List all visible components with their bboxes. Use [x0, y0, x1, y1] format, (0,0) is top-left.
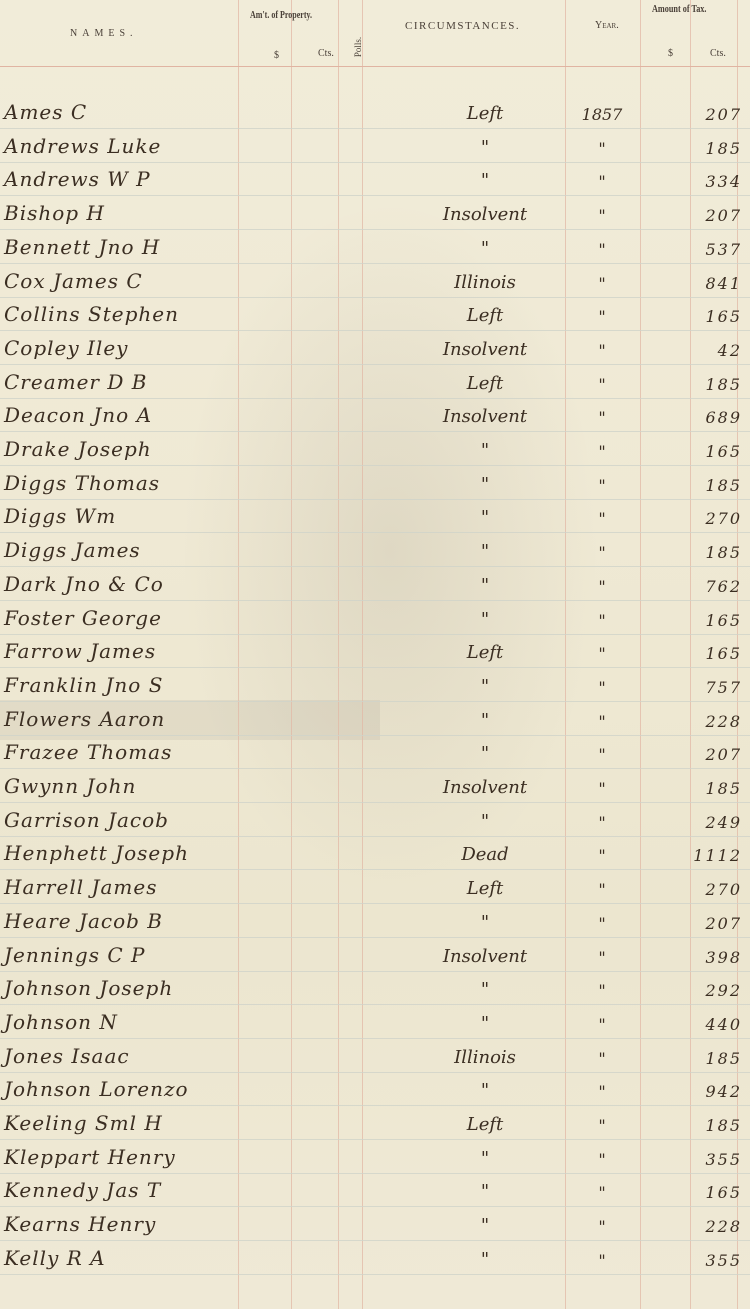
name-cell: Kennedy Jas T: [4, 1178, 161, 1202]
table-row: Kennedy Jas T""165: [0, 1175, 750, 1206]
year-cell: ": [572, 274, 632, 293]
header-names: NAMES.: [70, 28, 138, 39]
circumstances-cell: Insolvent: [410, 406, 560, 427]
tax-cell: 942: [680, 1082, 742, 1101]
table-row: Johnson N""440: [0, 1007, 750, 1038]
circumstances-cell: ": [410, 1249, 560, 1270]
table-row: Franklin Jno S""757: [0, 670, 750, 701]
circumstances-cell: Insolvent: [410, 777, 560, 798]
year-cell: ": [572, 1183, 632, 1202]
tax-cell: 334: [680, 172, 742, 191]
table-row: Flowers Aaron""228: [0, 704, 750, 735]
tax-cell: 1112: [680, 846, 742, 865]
year-cell: ": [572, 1082, 632, 1101]
circumstances-cell: ": [410, 507, 560, 528]
tax-cell: 185: [680, 1116, 742, 1135]
name-cell: Kleppart Henry: [4, 1145, 176, 1169]
circumstances-cell: Left: [410, 878, 560, 899]
row-rule: [0, 937, 750, 938]
circumstances-cell: ": [410, 1215, 560, 1236]
year-cell: ": [572, 206, 632, 225]
year-cell: ": [572, 1150, 632, 1169]
year-cell: ": [572, 240, 632, 259]
name-cell: Keeling Sml H: [4, 1111, 163, 1135]
row-rule: [0, 162, 750, 163]
row-rule: [0, 499, 750, 500]
year-cell: ": [572, 948, 632, 967]
table-row: Collins StephenLeft"165: [0, 299, 750, 330]
name-cell: Diggs Thomas: [4, 471, 160, 495]
tax-cell: 185: [680, 139, 742, 158]
year-cell: ": [572, 577, 632, 596]
tax-cell: 185: [680, 779, 742, 798]
header-tax-dollars: $: [668, 48, 673, 59]
tax-cell: 228: [680, 1217, 742, 1236]
table-row: Bennett Jno H""537: [0, 232, 750, 263]
header-amount-of-tax: Amount of Tax.: [652, 4, 706, 15]
tax-cell: 207: [680, 745, 742, 764]
tax-cell: 207: [680, 206, 742, 225]
name-cell: Johnson N: [4, 1010, 118, 1034]
circumstances-cell: Left: [410, 373, 560, 394]
circumstances-cell: ": [410, 137, 560, 158]
tax-cell: 440: [680, 1015, 742, 1034]
year-cell: ": [572, 981, 632, 1000]
table-row: Johnson Joseph""292: [0, 973, 750, 1004]
tax-cell: 207: [680, 914, 742, 933]
row-rule: [0, 566, 750, 567]
table-row: Johnson Lorenzo""942: [0, 1074, 750, 1105]
table-row: Jennings C PInsolvent"398: [0, 940, 750, 971]
circumstances-cell: Insolvent: [410, 339, 560, 360]
tax-cell: 185: [680, 476, 742, 495]
circumstances-cell: ": [410, 440, 560, 461]
tax-cell: 165: [680, 611, 742, 630]
year-cell: ": [572, 745, 632, 764]
circumstances-cell: ": [410, 743, 560, 764]
circumstances-cell: Dead: [410, 844, 560, 865]
row-rule: [0, 532, 750, 533]
circumstances-cell: Left: [410, 103, 560, 124]
table-row: Kleppart Henry""355: [0, 1142, 750, 1173]
year-cell: ": [572, 813, 632, 832]
header-rule: [0, 66, 750, 67]
row-rule: [0, 229, 750, 230]
table-row: Foster George""165: [0, 603, 750, 634]
table-row: Farrow JamesLeft"165: [0, 636, 750, 667]
circumstances-cell: ": [410, 1181, 560, 1202]
tax-cell: 270: [680, 509, 742, 528]
year-cell: ": [572, 914, 632, 933]
name-cell: Henphett Joseph: [4, 841, 189, 865]
row-rule: [0, 398, 750, 399]
row-rule: [0, 903, 750, 904]
year-cell: ": [572, 543, 632, 562]
tax-cell: 228: [680, 712, 742, 731]
year-cell: ": [572, 172, 632, 191]
name-cell: Flowers Aaron: [4, 707, 165, 731]
row-rule: [0, 869, 750, 870]
table-row: Drake Joseph""165: [0, 434, 750, 465]
year-cell: ": [572, 1049, 632, 1068]
row-rule: [0, 735, 750, 736]
row-rule: [0, 465, 750, 466]
table-row: Harrell JamesLeft"270: [0, 872, 750, 903]
table-row: Cox James CIllinois"841: [0, 266, 750, 297]
table-row: Bishop HInsolvent"207: [0, 198, 750, 229]
table-row: Deacon Jno AInsolvent"689: [0, 400, 750, 431]
name-cell: Frazee Thomas: [4, 740, 172, 764]
header-circumstances: CIRCUMSTANCES.: [405, 20, 520, 32]
name-cell: Dark Jno & Co: [4, 572, 164, 596]
circumstances-cell: ": [410, 541, 560, 562]
table-row: Diggs Wm""270: [0, 501, 750, 532]
circumstances-cell: ": [410, 575, 560, 596]
circumstances-cell: ": [410, 474, 560, 495]
tax-cell: 841: [680, 274, 742, 293]
name-cell: Andrews Luke: [4, 134, 161, 158]
name-cell: Johnson Lorenzo: [4, 1077, 189, 1101]
year-cell: ": [572, 442, 632, 461]
row-rule: [0, 634, 750, 635]
row-rule: [0, 1173, 750, 1174]
row-rule: [0, 1206, 750, 1207]
year-cell: ": [572, 678, 632, 697]
circumstances-cell: Illinois: [410, 272, 560, 293]
name-cell: Copley Iley: [4, 336, 128, 360]
name-cell: Kearns Henry: [4, 1212, 156, 1236]
tax-cell: 165: [680, 307, 742, 326]
header-polls: Polls.: [353, 37, 363, 57]
circumstances-cell: Illinois: [410, 1047, 560, 1068]
table-row: Kearns Henry""228: [0, 1209, 750, 1240]
tax-cell: 185: [680, 375, 742, 394]
name-cell: Foster George: [4, 606, 162, 630]
table-row: Ames CLeft1857207: [0, 97, 750, 128]
row-rule: [0, 667, 750, 668]
name-cell: Farrow James: [4, 639, 156, 663]
year-cell: 1857: [572, 105, 632, 124]
header-amount-of-property: Am't. of Property.: [250, 10, 312, 21]
year-cell: ": [572, 509, 632, 528]
circumstances-cell: Left: [410, 305, 560, 326]
tax-cell: 42: [680, 341, 742, 360]
row-rule: [0, 263, 750, 264]
tax-cell: 398: [680, 948, 742, 967]
circumstances-cell: Left: [410, 642, 560, 663]
name-cell: Bennett Jno H: [4, 235, 160, 259]
tax-cell: 165: [680, 442, 742, 461]
year-cell: ": [572, 1251, 632, 1270]
circumstances-cell: ": [410, 609, 560, 630]
year-cell: ": [572, 846, 632, 865]
row-rule: [0, 195, 750, 196]
row-rule: [0, 1240, 750, 1241]
circumstances-cell: ": [410, 1080, 560, 1101]
year-cell: ": [572, 712, 632, 731]
table-row: Gwynn JohnInsolvent"185: [0, 771, 750, 802]
circumstances-cell: ": [410, 912, 560, 933]
year-cell: ": [572, 1116, 632, 1135]
tax-cell: 185: [680, 1049, 742, 1068]
row-rule: [0, 971, 750, 972]
table-row: Andrews W P""334: [0, 164, 750, 195]
row-rule: [0, 1139, 750, 1140]
tax-cell: 165: [680, 1183, 742, 1202]
row-rule: [0, 1038, 750, 1039]
circumstances-cell: ": [410, 676, 560, 697]
header-property-dollars: $: [274, 50, 279, 61]
table-row: Keeling Sml HLeft"185: [0, 1108, 750, 1139]
header-tax-cents: Cts.: [710, 48, 726, 59]
circumstances-cell: Insolvent: [410, 946, 560, 967]
tax-cell: 165: [680, 644, 742, 663]
table-row: Andrews Luke""185: [0, 131, 750, 162]
tax-cell: 355: [680, 1150, 742, 1169]
row-rule: [0, 1274, 750, 1275]
year-cell: ": [572, 880, 632, 899]
row-rule: [0, 1004, 750, 1005]
name-cell: Kelly R A: [4, 1246, 106, 1270]
name-cell: Garrison Jacob: [4, 808, 169, 832]
row-rule: [0, 1072, 750, 1073]
name-cell: Diggs Wm: [4, 504, 116, 528]
circumstances-cell: ": [410, 710, 560, 731]
table-row: Kelly R A""355: [0, 1243, 750, 1274]
table-row: Henphett JosephDead"1112: [0, 838, 750, 869]
row-rule: [0, 701, 750, 702]
year-cell: ": [572, 375, 632, 394]
table-row: Diggs James""185: [0, 535, 750, 566]
header-year: Year.: [595, 20, 619, 31]
name-cell: Heare Jacob B: [4, 909, 163, 933]
row-rule: [0, 330, 750, 331]
table-row: Dark Jno & Co""762: [0, 569, 750, 600]
row-rule: [0, 431, 750, 432]
year-cell: ": [572, 779, 632, 798]
year-cell: ": [572, 1217, 632, 1236]
table-row: Creamer D BLeft"185: [0, 367, 750, 398]
table-row: Frazee Thomas""207: [0, 737, 750, 768]
name-cell: Drake Joseph: [4, 437, 152, 461]
name-cell: Bishop H: [4, 201, 105, 225]
circumstances-cell: ": [410, 1013, 560, 1034]
year-cell: ": [572, 611, 632, 630]
name-cell: Harrell James: [4, 875, 157, 899]
name-cell: Diggs James: [4, 538, 141, 562]
name-cell: Jennings C P: [4, 943, 145, 967]
row-rule: [0, 1105, 750, 1106]
name-cell: Johnson Joseph: [4, 976, 173, 1000]
tax-cell: 249: [680, 813, 742, 832]
circumstances-cell: Insolvent: [410, 204, 560, 225]
table-row: Diggs Thomas""185: [0, 468, 750, 499]
year-cell: ": [572, 476, 632, 495]
row-rule: [0, 128, 750, 129]
name-cell: Ames C: [4, 100, 87, 124]
row-rule: [0, 297, 750, 298]
name-cell: Cox James C: [4, 269, 143, 293]
tax-cell: 185: [680, 543, 742, 562]
name-cell: Gwynn John: [4, 774, 136, 798]
table-row: Heare Jacob B""207: [0, 906, 750, 937]
tax-cell: 537: [680, 240, 742, 259]
name-cell: Andrews W P: [4, 167, 151, 191]
name-cell: Deacon Jno A: [4, 403, 152, 427]
row-rule: [0, 836, 750, 837]
tax-cell: 270: [680, 880, 742, 899]
year-cell: ": [572, 644, 632, 663]
circumstances-cell: ": [410, 811, 560, 832]
circumstances-cell: ": [410, 238, 560, 259]
circumstances-cell: ": [410, 1148, 560, 1169]
table-row: Copley IleyInsolvent"42: [0, 333, 750, 364]
circumstances-cell: Left: [410, 1114, 560, 1135]
tax-cell: 292: [680, 981, 742, 1000]
name-cell: Collins Stephen: [4, 302, 179, 326]
row-rule: [0, 768, 750, 769]
circumstances-cell: ": [410, 979, 560, 1000]
year-cell: ": [572, 408, 632, 427]
table-row: Jones IsaacIllinois"185: [0, 1041, 750, 1072]
tax-cell: 689: [680, 408, 742, 427]
year-cell: ": [572, 341, 632, 360]
row-rule: [0, 802, 750, 803]
name-cell: Creamer D B: [4, 370, 147, 394]
header-property-cents: Cts.: [318, 48, 334, 59]
row-rule: [0, 600, 750, 601]
table-row: Garrison Jacob""249: [0, 805, 750, 836]
year-cell: ": [572, 307, 632, 326]
row-rule: [0, 364, 750, 365]
year-cell: ": [572, 1015, 632, 1034]
year-cell: ": [572, 139, 632, 158]
tax-cell: 762: [680, 577, 742, 596]
tax-cell: 355: [680, 1251, 742, 1270]
tax-cell: 757: [680, 678, 742, 697]
name-cell: Jones Isaac: [4, 1044, 130, 1068]
name-cell: Franklin Jno S: [4, 673, 163, 697]
tax-cell: 207: [680, 105, 742, 124]
circumstances-cell: ": [410, 170, 560, 191]
